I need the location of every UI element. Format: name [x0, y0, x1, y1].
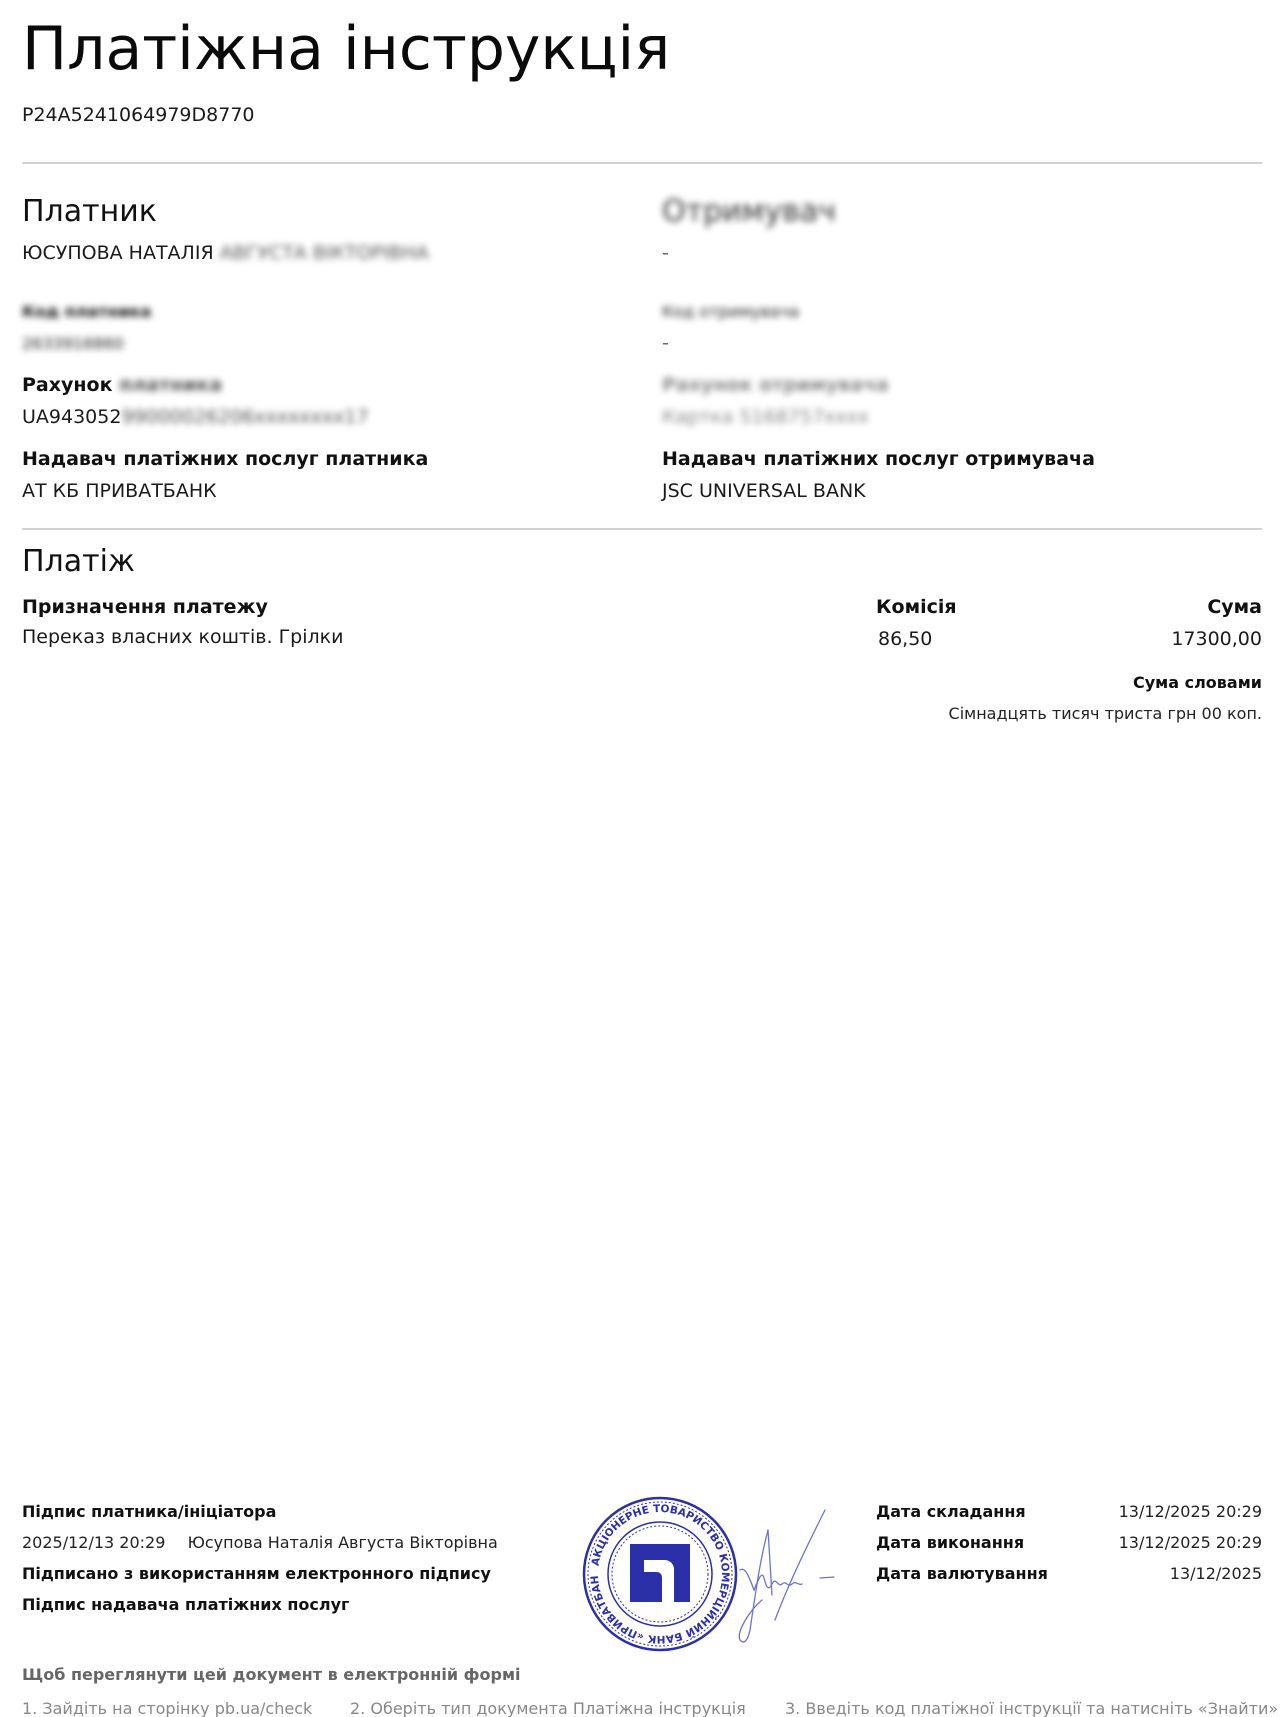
- handwritten-signature-icon: [720, 1500, 850, 1650]
- amount-words-label: Сума словами: [1133, 673, 1262, 692]
- date-label: Дата виконання: [876, 1533, 1024, 1552]
- payer-signature-datetime: 2025/12/13 20:29: [22, 1533, 165, 1552]
- payer-signature-info: 2025/12/13 20:29 Юсупова Наталія Августа…: [22, 1533, 498, 1552]
- commission-label: Комісія: [876, 596, 957, 618]
- recipient-account-label: Рахунок отримувача: [662, 374, 889, 396]
- divider: [22, 528, 1262, 530]
- amount-label: Сума: [1207, 596, 1262, 618]
- footer-step: 1. Зайдіть на сторінку pb.ua/check: [22, 1699, 312, 1717]
- purpose-label: Призначення платежу: [22, 596, 268, 618]
- amount-words-value: Сімнадцять тисяч триста грн 00 коп.: [949, 704, 1262, 723]
- e-signature-note: Підписано з використанням електронного п…: [22, 1564, 491, 1583]
- purpose-value: Переказ власних коштів. Грілки: [22, 626, 343, 648]
- date-label: Дата валютування: [876, 1564, 1048, 1583]
- date-label: Дата складання: [876, 1502, 1026, 1521]
- commission-value: 86,50: [878, 628, 932, 650]
- payer-signature-name: Юсупова Наталія Августа Вікторівна: [188, 1533, 498, 1552]
- payer-name-visible: ЮСУПОВА НАТАЛІЯ: [22, 242, 214, 264]
- payer-heading: Платник: [22, 194, 157, 229]
- date-value: 13/12/2025 20:29: [1119, 1533, 1262, 1552]
- payer-name: ЮСУПОВА НАТАЛІЯ АВГУСТА ВІКТОРІВНА: [22, 242, 429, 264]
- payer-account-redacted: 99000026206xxxxxxxx17: [121, 406, 368, 428]
- footer-title: Щоб переглянути цей документ в електронн…: [22, 1665, 521, 1684]
- date-value: 13/12/2025: [1170, 1564, 1262, 1583]
- document-code: P24A5241064979D8770: [22, 104, 255, 126]
- bank-stamp-icon: АКЦІОНЕРНЕ ТОВАРИСТВО КОМЕРЦІЙНИЙ БАНК «…: [580, 1494, 740, 1654]
- payment-heading: Платіж: [22, 544, 135, 579]
- recipient-heading: Отримувач: [662, 194, 836, 229]
- amount-value: 17300,00: [1171, 628, 1262, 650]
- recipient-provider-value: JSC UNIVERSAL BANK: [662, 480, 866, 502]
- page-title: Платіжна інструкція: [22, 14, 670, 84]
- divider: [22, 162, 1262, 164]
- date-value: 13/12/2025 20:29: [1119, 1502, 1262, 1521]
- payer-provider-value: АТ КБ ПРИВАТБАНК: [22, 480, 217, 502]
- payer-account-visible: UA943052: [22, 406, 121, 428]
- payer-account-label: Рахунок платника: [22, 374, 222, 396]
- provider-signature-label: Підпис надавача платіжних послуг: [22, 1595, 349, 1614]
- recipient-account-value: Картка 5168757xxxx: [662, 406, 869, 428]
- payer-signature-label: Підпис платника/ініціатора: [22, 1502, 276, 1521]
- recipient-provider-label: Надавач платіжних послуг отримувача: [662, 448, 1095, 470]
- recipient-code-label: Код отримувача: [662, 302, 799, 321]
- payer-name-redacted: АВГУСТА ВІКТОРІВНА: [220, 242, 429, 264]
- payer-code-label: Код платника: [22, 302, 151, 321]
- payer-provider-label: Надавач платіжних послуг платника: [22, 448, 428, 470]
- recipient-name: -: [662, 242, 669, 264]
- payer-account-value: UA94305299000026206xxxxxxxx17: [22, 406, 369, 428]
- payer-code-value: 2633916860: [22, 334, 124, 353]
- recipient-code-value: -: [662, 332, 669, 354]
- footer-step: 2. Оберіть тип документа Платіжна інстру…: [350, 1699, 746, 1717]
- payer-account-label-visible: Рахунок: [22, 374, 112, 396]
- payer-account-label-redacted: платника: [119, 374, 222, 396]
- footer-step: 3. Введіть код платіжної інструкції та н…: [785, 1699, 1278, 1717]
